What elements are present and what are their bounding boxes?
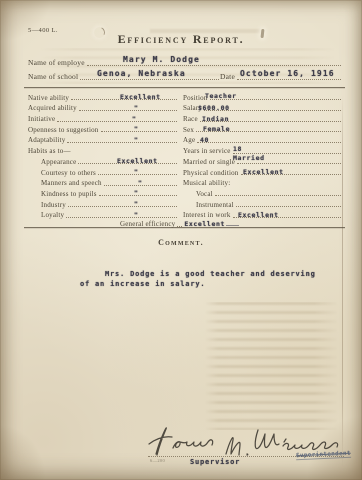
field-label: Vocal (183, 190, 213, 198)
field-label: Openness to suggestion (28, 126, 99, 134)
form-row: Married or singleMarried (183, 155, 342, 166)
form-row: Manners and speech" (28, 177, 178, 188)
field-value: Female (203, 125, 230, 133)
form-row: Musical ability: (183, 177, 342, 188)
field-label: Habits as to— (28, 147, 71, 155)
field-value: " (134, 125, 139, 133)
dotted-leader (57, 121, 177, 122)
date-label: Date (220, 72, 235, 81)
field-label: Age (183, 136, 195, 144)
date-value: October 16, 1916 (240, 69, 335, 78)
form-row: Openness to suggestion" (28, 123, 178, 134)
field-value: Indian (202, 115, 229, 123)
field-label: Married or single (183, 158, 235, 166)
comment-text-line: of an increase in salary. (80, 280, 205, 288)
field-value: " (134, 104, 139, 112)
form-row: RaceIndian (183, 112, 342, 123)
field-label: Acquired ability (28, 104, 77, 112)
dotted-leader (236, 206, 341, 207)
form-row: PositionTeacher (183, 91, 342, 102)
evaluation-columns: Native abilityExcellent Acquired ability… (28, 91, 342, 219)
field-label: Kindness to pupils (28, 190, 97, 198)
print-code: 6—200 (150, 458, 165, 463)
field-label: Years in service (183, 147, 231, 155)
dotted-leader (68, 206, 177, 207)
dotted-leader (80, 79, 219, 80)
form-row: Courtesy to others" (28, 166, 178, 177)
field-label: Sex (183, 126, 194, 134)
comment-text-line: Mrs. Dodge is a good teacher and deservi… (105, 270, 316, 278)
form-row: Kindness to pupils" (28, 187, 178, 198)
supervisor-label: Supervisor (190, 458, 240, 466)
left-column: Native abilityExcellent Acquired ability… (28, 91, 178, 219)
field-label: Name of employe (28, 58, 85, 67)
dotted-leader (87, 65, 341, 66)
field-value: Teacher (205, 92, 237, 100)
field-label: Appearance (28, 158, 76, 166)
field-value: Excellent (117, 157, 158, 165)
field-label: Race (183, 115, 198, 123)
field-value: Married (233, 154, 265, 162)
dotted-leader (79, 110, 177, 111)
dotted-leader (67, 142, 177, 143)
employe-name-value: Mary M. Dodge (123, 55, 200, 64)
section-divider (24, 87, 345, 88)
field-label: Manners and speech (28, 179, 102, 187)
form-row: Native abilityExcellent (28, 91, 178, 102)
form-row: SexFemale (183, 123, 342, 134)
form-row: Adaptability" (28, 134, 178, 145)
field-value: " (134, 136, 139, 144)
form-row: Acquired ability" (28, 102, 178, 113)
field-label: Physical condition (183, 169, 239, 177)
field-label: Industry (28, 201, 66, 209)
field-value: Excellent (120, 93, 161, 101)
comment-heading: Comment. (0, 238, 362, 247)
section-divider (24, 227, 345, 228)
header-field-row: Name of school Date Genoa, Nebraska Octo… (28, 70, 342, 81)
field-value: " (138, 179, 143, 187)
form-row: Physical conditionExcellent (183, 166, 342, 177)
school-name-value: Genoa, Nebraska (97, 69, 186, 78)
field-label: Initiative (28, 115, 55, 123)
field-value: Excellent (238, 211, 279, 219)
field-label: Adaptability (28, 136, 65, 144)
field-value: 40 (200, 136, 209, 144)
dotted-leader (237, 79, 341, 80)
form-row: Habits as to— (28, 144, 178, 155)
dotted-leader (197, 142, 341, 143)
field-label: Musical ability: (183, 179, 230, 187)
corner-smudge (0, 420, 50, 480)
field-value: " (134, 200, 139, 208)
field-value: $600.00 (198, 104, 230, 112)
form-row: Initiative" (28, 112, 178, 123)
form-row: Instrumental (183, 198, 342, 209)
right-column: PositionTeacher Salary$600.00 RaceIndian… (183, 91, 342, 219)
field-label: Courtesy to others (28, 169, 96, 177)
form-row: Age40 (183, 134, 342, 145)
field-label: Position (183, 94, 208, 102)
dotted-leader (215, 195, 341, 196)
form-row: AppearanceExcellent (28, 155, 178, 166)
strike-dash (226, 225, 239, 226)
dotted-leader (237, 163, 341, 164)
field-label: Name of school (28, 72, 78, 81)
page-title: Efficiency Report. (0, 32, 362, 47)
field-label: Instrumental (183, 201, 234, 209)
form-row: Industry" (28, 198, 178, 209)
form-row: Salary$600.00 (183, 102, 342, 113)
header-field-row: Name of employe Mary M. Dodge (28, 56, 342, 67)
field-value: " (132, 115, 137, 123)
efficiency-report-sheet: 5—400 L. Efficiency Report. Name of empl… (0, 0, 362, 480)
field-value: " (134, 168, 139, 176)
field-label: Loyalty (28, 211, 64, 219)
field-value: 18 (233, 145, 242, 153)
field-value: " (134, 189, 139, 197)
field-label: Native ability (28, 94, 69, 102)
form-row: Vocal (183, 187, 342, 198)
field-value: Excellent (243, 168, 284, 176)
